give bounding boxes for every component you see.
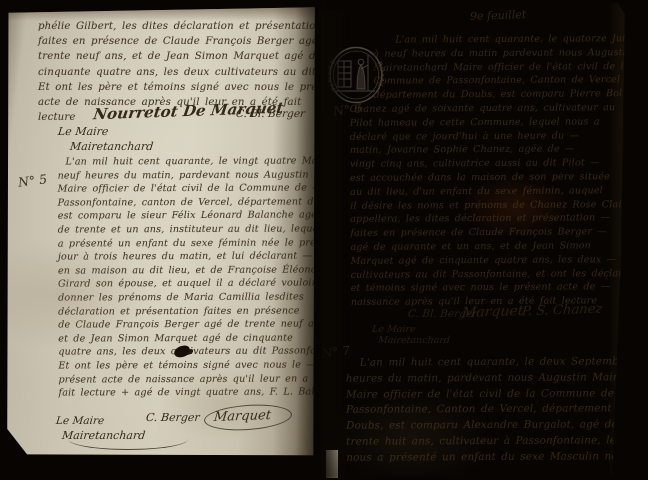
le-maire-label-act5: Le Maire xyxy=(55,415,104,427)
manuscript-line: de Claude François Berger agé de trente … xyxy=(58,318,316,333)
signature-marquet-act6: Marquet xyxy=(461,303,524,321)
act-5-body: L'an mil huit cent quarante, le vingt qu… xyxy=(57,154,316,400)
manuscript-line: agé de quarante et un ans, et de Jean Si… xyxy=(350,239,622,254)
le-maire-label: Le Maire xyxy=(57,125,109,138)
right-page: 9e feuillet TIMBRE ROYAL xyxy=(320,3,625,477)
manuscript-line: au dit lieu, d'un enfant du sexe féminin… xyxy=(350,184,622,199)
manuscript-line: a présenté un enfant du sexe féminin née… xyxy=(58,236,316,251)
manuscript-line: déclaration et présentation faites en pr… xyxy=(58,304,316,319)
manuscript-line: trente neuf ans, et de Jean Simon Marque… xyxy=(38,49,314,64)
manuscript-line: trente huit ans, cultivateur à Passonfon… xyxy=(346,433,622,450)
manuscript-line: donner les prénoms de Maria Camillia les… xyxy=(58,290,316,305)
manuscript-line: est accouchée dans la maison de son père… xyxy=(350,170,622,185)
manuscript-line: Maire officier de l'état civil de la Com… xyxy=(346,386,622,403)
act-6-body: L'an mil huit cent quarante, le quatorze… xyxy=(349,32,623,310)
manuscript-line: et de Jean Simon Marquet agé de cinquant… xyxy=(58,331,316,346)
signature-chanez-act6: P. S. Chanez xyxy=(521,302,603,320)
manuscript-line: nous a présenté un enfant du sexe Mascul… xyxy=(346,449,622,466)
folio-header: 9e feuillet xyxy=(470,8,527,23)
signature-berger: C. Bl. Berger xyxy=(235,108,305,120)
signature-berger-act5: C. Berger xyxy=(145,411,200,424)
manuscript-line: Girard son épouse, et auquel il a déclar… xyxy=(58,277,316,292)
manuscript-line: phélie Gilbert, les dites déclaration et… xyxy=(38,19,314,34)
manuscript-line: L'an mil huit cent quarante, le vingt qu… xyxy=(57,154,315,169)
manuscript-line: faites en présence de Claude François Be… xyxy=(38,34,314,49)
manuscript-line: présent acte de naissance après qu'il le… xyxy=(58,372,316,387)
manuscript-line: L'an mil huit cent quarante, le deux Sep… xyxy=(346,354,622,371)
manuscript-scan: phélie Gilbert, les dites déclaration et… xyxy=(0,0,648,480)
manuscript-line: en sa maison au dit lieu, et de François… xyxy=(58,263,316,278)
manuscript-line: Passonfontaine, Canton de Vercel, départ… xyxy=(346,402,622,419)
manuscript-line: fait lecture + agé de vingt quatre ans, … xyxy=(58,386,316,401)
manuscript-line: Maire officier de l'état civil de la Com… xyxy=(58,182,316,197)
left-page: phélie Gilbert, les dites déclaration et… xyxy=(6,5,316,458)
manuscript-line: Et ont les père et témoins signé avec no… xyxy=(38,80,314,95)
manuscript-line: de trente et un ans, instituteur au dit … xyxy=(58,222,316,237)
manuscript-line: L'an mil huit cent quarante, le quatorze… xyxy=(349,32,621,47)
manuscript-line: Marquet agé de cinquante quatre ans, les… xyxy=(351,253,623,268)
manuscript-line: jour à trois heures du matin, et lui déc… xyxy=(58,250,316,265)
manuscript-line: est comparu le sieur Félix Léonard Balan… xyxy=(58,209,316,224)
stamp-text-left: TIMBRE xyxy=(328,58,338,91)
svg-text:TIMBRE: TIMBRE xyxy=(328,58,338,91)
manuscript-line: Pilot hameau de cette Commune, lequel no… xyxy=(350,115,622,130)
manuscript-line: Doubs, est comparu Alexandre Burgalot, a… xyxy=(346,417,622,434)
manuscript-line: Et ont les père et témoins signé avec no… xyxy=(58,358,316,373)
manuscript-line: heures du matin, pardevant nous Augustin… xyxy=(346,370,622,387)
act-7-body: L'an mil huit cent quarante, le deux Sep… xyxy=(346,354,623,466)
manuscript-line: Passonfontaine, canton de Vercel, départ… xyxy=(58,195,316,210)
manuscript-line: neuf heures du matin, pardevant nous Aug… xyxy=(58,168,316,183)
manuscript-line: cinquante quatre ans, les deux cultivate… xyxy=(38,65,314,80)
le-maire-label-act6: Le Maire xyxy=(371,324,416,335)
margin-note-5: N° 5 xyxy=(17,171,48,189)
signature-mayor: Mairetanchard xyxy=(69,140,154,153)
signature-marquet-act5: Marquet xyxy=(213,408,272,425)
signature-mayor-act5: Mairetanchard xyxy=(61,429,146,442)
manuscript-line: à neuf heures du matin pardevant nous Au… xyxy=(349,46,621,61)
signature-mayor-act6: Mairetanchard xyxy=(377,335,450,346)
manuscript-line: Chanez agé de soixante quatre ans, culti… xyxy=(350,101,622,116)
